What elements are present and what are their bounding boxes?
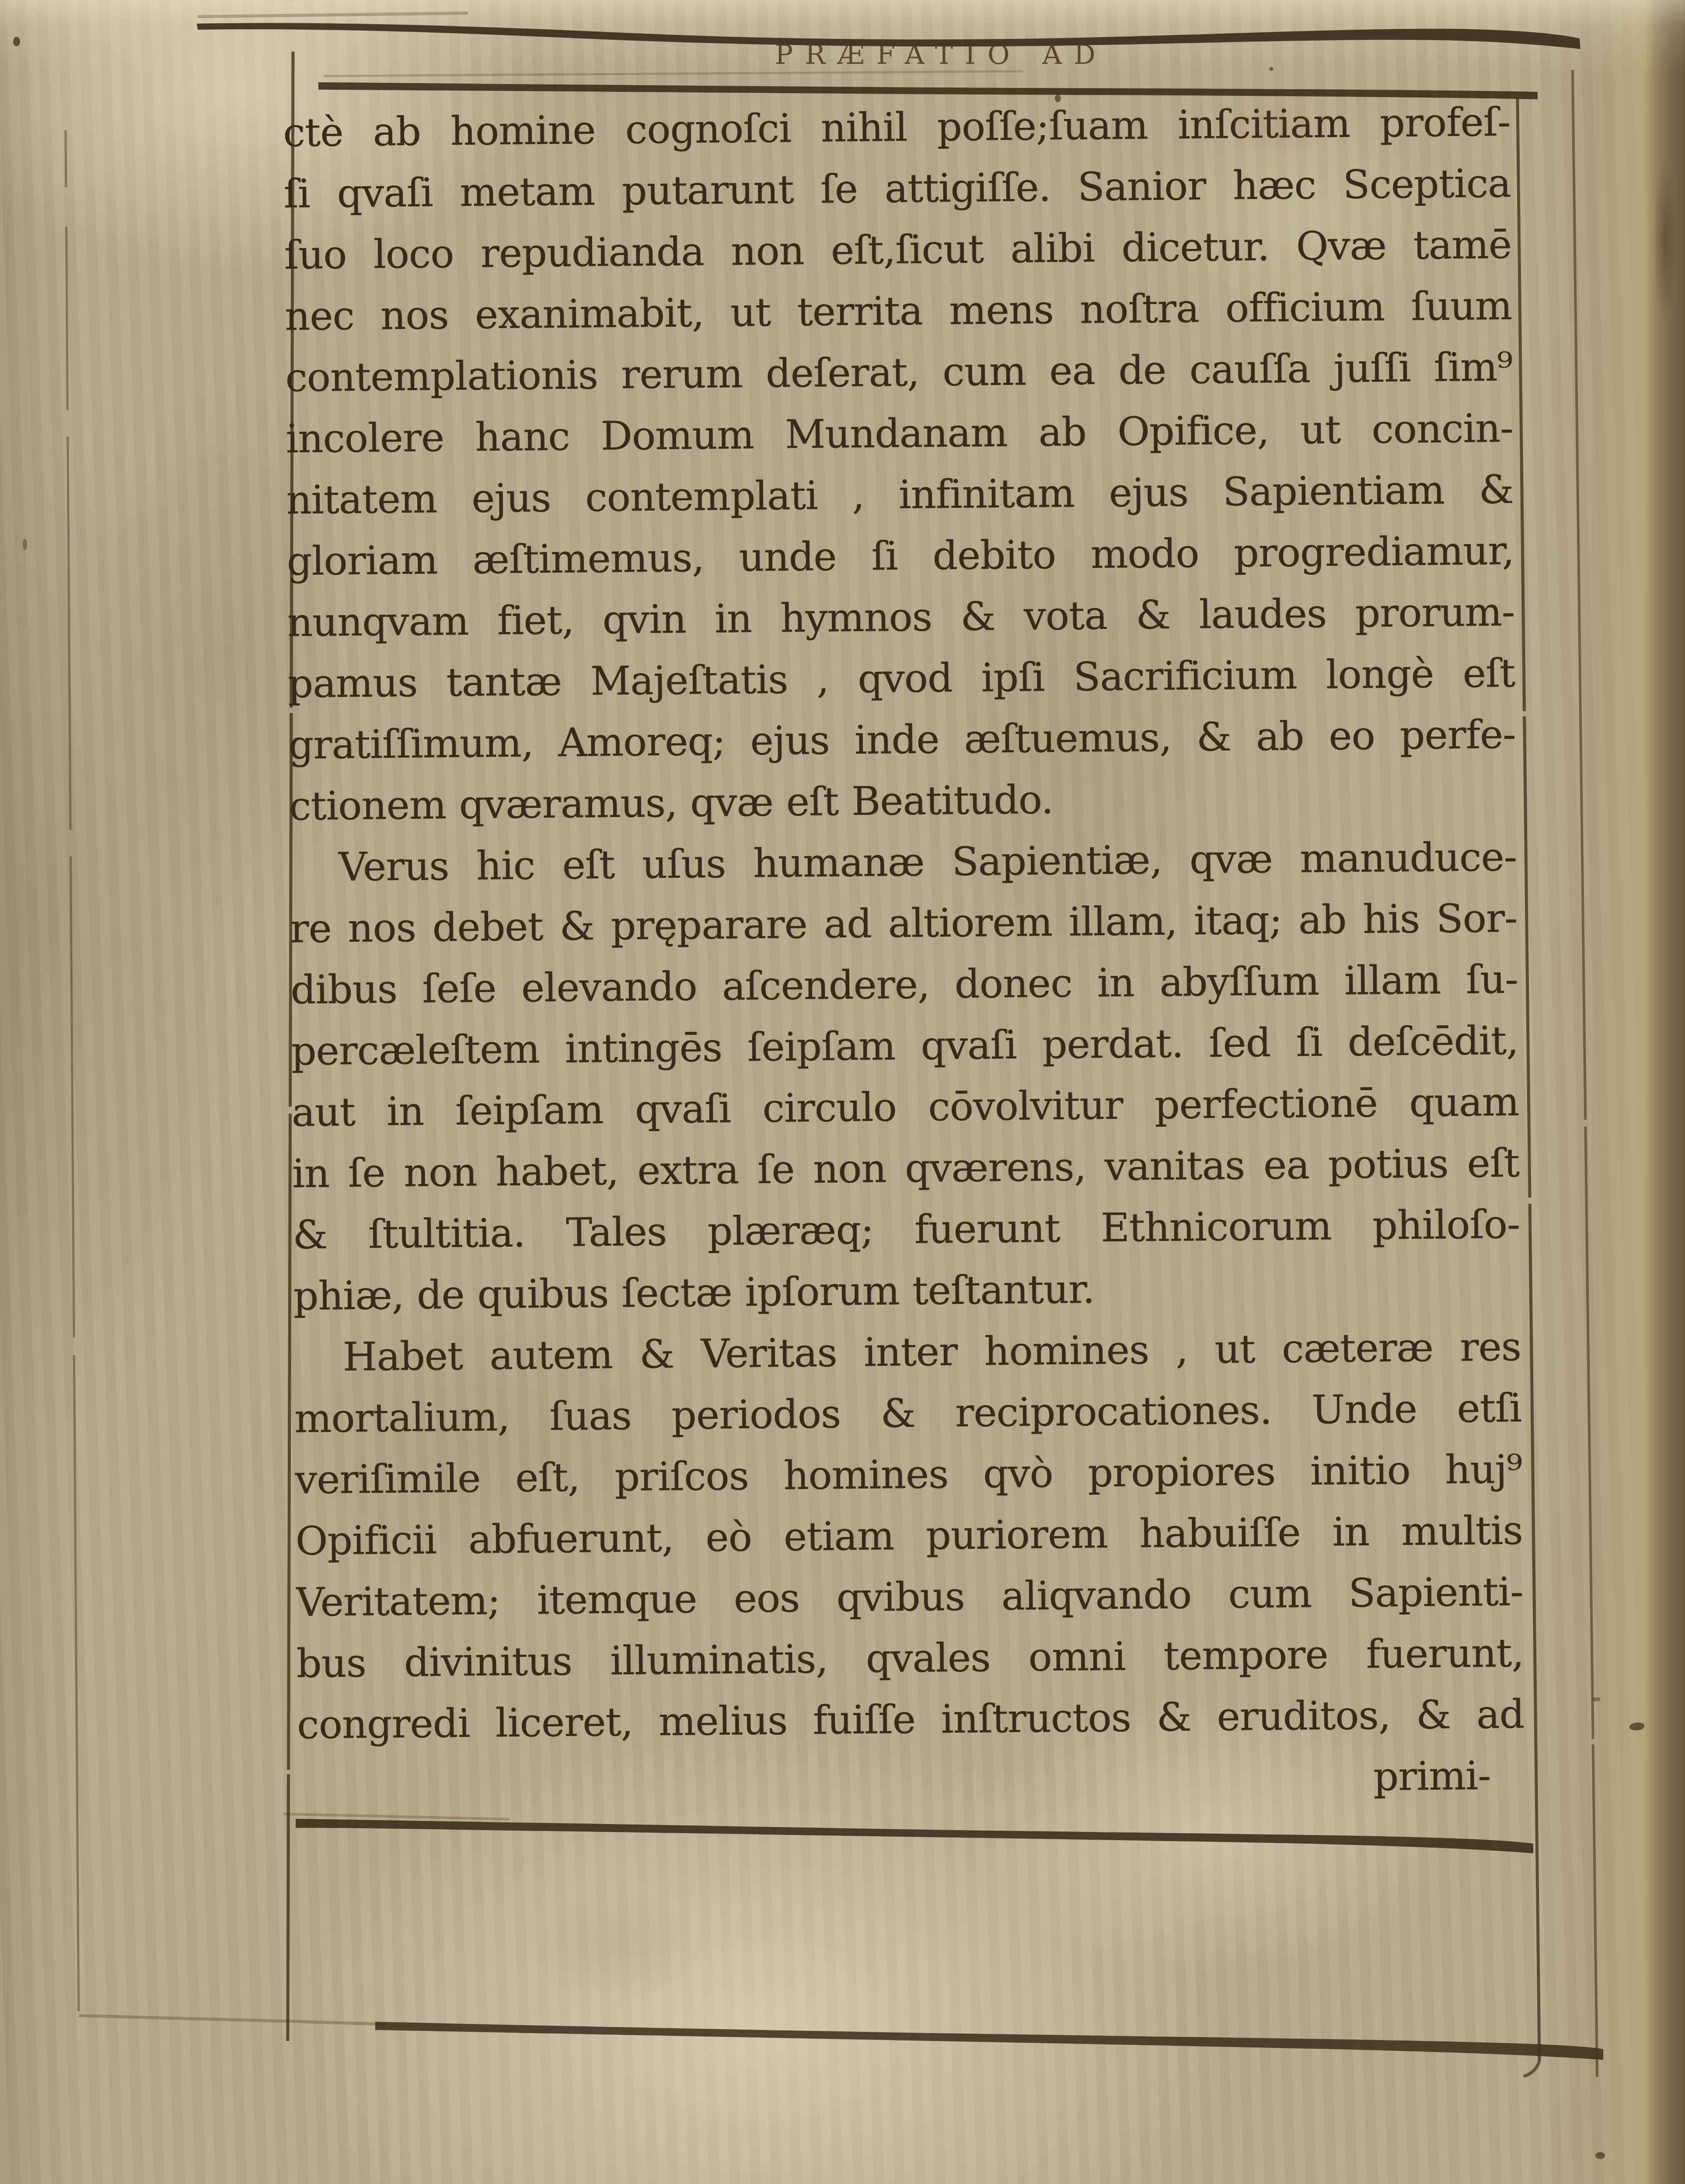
right-outer-line bbox=[1573, 70, 1597, 2077]
right-inner-hook bbox=[1524, 2061, 1539, 2076]
ink-speck bbox=[1055, 94, 1061, 102]
text-line: ſi qvaſi metam putarunt ſe attigiſſe. Sa… bbox=[283, 153, 1511, 225]
text-line: veriſimile eſt, priſcos homines qvò prop… bbox=[295, 1439, 1522, 1511]
text-line: nitatem ejus contemplati , infinitam eju… bbox=[286, 459, 1514, 531]
catchword: primi- bbox=[297, 1745, 1525, 1817]
text-line: mortalium, ſuas periodos & reciprocation… bbox=[294, 1378, 1522, 1450]
text-line: contemplationis rerum deſerat, cum ea de… bbox=[285, 337, 1513, 409]
left-margin-line bbox=[66, 130, 79, 2023]
ink-speck bbox=[1592, 1697, 1601, 1702]
text-line: Veritatem; itemque eos qvibus aliqvando … bbox=[296, 1562, 1523, 1633]
text-line: Opificii abfuerunt, eò etiam puriorem ha… bbox=[295, 1500, 1523, 1572]
ink-speck bbox=[13, 37, 20, 46]
text-line: bus divinitus illuminatis, qvales omni t… bbox=[296, 1623, 1524, 1695]
text-line: phiæ, de quibus ſectæ ipſorum teſtantur. bbox=[293, 1255, 1521, 1327]
stray-mark: . bbox=[1266, 42, 1276, 78]
scanned-page: PRÆFATIO AD . ctè ab homine cognoſci nih… bbox=[0, 0, 1685, 2184]
text-line: congredi liceret, melius fuiſſe inſtruct… bbox=[297, 1684, 1525, 1756]
text-line: incolere hanc Domum Mundanam ab Opifice,… bbox=[286, 398, 1513, 470]
text-line: nec nos exanimabit, ut territa mens noſt… bbox=[285, 276, 1512, 347]
text-line: Habet autem & Veritas inter homines , ut… bbox=[293, 1317, 1521, 1388]
bottom-border-rule bbox=[375, 2022, 1603, 2060]
bottom-border-echo bbox=[79, 2016, 387, 2024]
text-line: aut in ſeipſam qvaſi circulo cōvolvitur … bbox=[291, 1072, 1519, 1143]
text-line: nunqvam fiet, qvin in hymnos & vota & la… bbox=[287, 582, 1515, 653]
text-line: ctè ab homine cognoſci nihil poſſe;ſuam … bbox=[283, 92, 1511, 164]
running-header: PRÆFATIO AD bbox=[290, 38, 1518, 78]
text-line: Verus hic eſt uſus humanæ Sapientiæ, qvæ… bbox=[290, 827, 1517, 898]
text-line: ſuo loco repudianda non eſt,ſicut alibi … bbox=[284, 214, 1511, 286]
body-text: ctè ab homine cognoſci nihil poſſe;ſuam … bbox=[283, 92, 1525, 1817]
text-line: & ſtultitia. Tales plæræq; fuerunt Ethni… bbox=[293, 1194, 1520, 1266]
text-line: gloriam æſtimemus, unde ſi debito modo p… bbox=[287, 521, 1514, 592]
text-line: dibus ſeſe elevando aſcendere, donec in … bbox=[290, 949, 1518, 1021]
top-rule-echo bbox=[198, 13, 468, 17]
catchword-rule bbox=[296, 1819, 1533, 1853]
ink-speck bbox=[23, 539, 27, 550]
text-line: gratiſſimum, Amoreq; ejus inde æſtuemus,… bbox=[288, 704, 1516, 776]
text-line: in ſe non habet, extra ſe non qværens, v… bbox=[292, 1133, 1520, 1205]
text-line: ctionem qværamus, qvæ eſt Beatitudo. bbox=[289, 765, 1516, 837]
text-line: percæleſtem intingēs ſeipſam qvaſi perda… bbox=[291, 1010, 1518, 1082]
ink-speck bbox=[1595, 2152, 1605, 2159]
text-line: re nos debet & pręparare ad altiorem ill… bbox=[290, 888, 1518, 960]
text-line: pamus tantæ Majeſtatis , qvod ipſi Sacri… bbox=[288, 643, 1515, 715]
